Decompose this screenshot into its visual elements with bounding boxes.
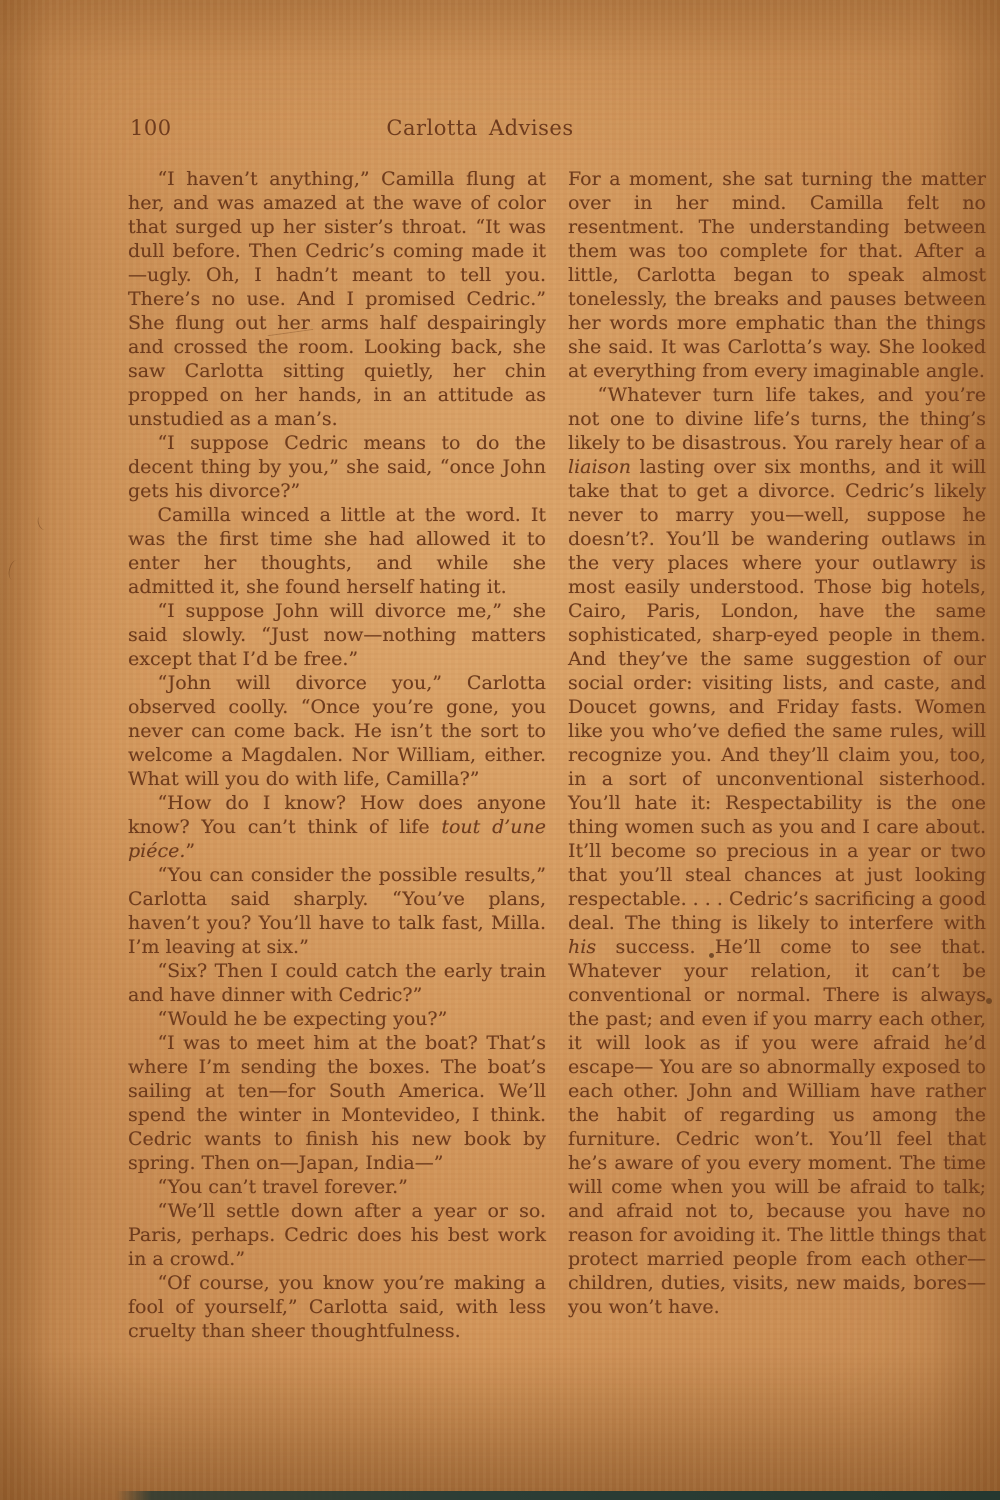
text-segment: “I was to meet him at the boat? That’s w… <box>128 1032 546 1174</box>
italic-phrase: liaison <box>568 456 631 478</box>
book-page-scan: 100 Carlotta Advises “I haven’t anything… <box>0 0 1000 1500</box>
scan-edge-band <box>116 1491 1000 1500</box>
text-segment: lasting over six months, and it will tak… <box>568 456 986 934</box>
ink-speck <box>986 998 992 1004</box>
paragraph: “I suppose John will divorce me,” she sa… <box>128 599 546 671</box>
column-left: “I haven’t anything,” Camilla flung at h… <box>128 167 546 1343</box>
text-segment: “John will divorce you,” Carlotta observ… <box>128 672 546 790</box>
text-segment: ” <box>185 840 195 862</box>
text-segment: “We’ll settle down after a year or so. P… <box>128 1200 546 1270</box>
running-title: Carlotta Advises <box>0 116 960 140</box>
text-segment: “You can’t travel forever.” <box>157 1176 407 1198</box>
text-segment: “Of course, you know you’re making a foo… <box>128 1272 546 1342</box>
paragraph: “Six? Then I could catch the early train… <box>128 959 546 1007</box>
paragraph: “I haven’t anything,” Camilla flung at h… <box>128 167 546 431</box>
text-segment: “Would he be expecting you?” <box>157 1008 447 1030</box>
paragraph: “How do I know? How does anyone know? Yo… <box>128 791 546 863</box>
ink-speck <box>709 953 714 958</box>
paragraph: “We’ll settle down after a year or so. P… <box>128 1199 546 1271</box>
page-header: 100 Carlotta Advises <box>0 116 1000 148</box>
paragraph: “I suppose Cedric means to do the decent… <box>128 431 546 503</box>
text-segment: Camilla winced a little at the word. It … <box>128 504 546 598</box>
text-segment: For a moment, she sat turning the matter… <box>568 168 986 382</box>
paragraph: For a moment, she sat turning the matter… <box>568 167 986 383</box>
paragraph: “Would he be expecting you?” <box>128 1007 546 1031</box>
paragraph: “You can consider the possible results,”… <box>128 863 546 959</box>
paragraph: Camilla winced a little at the word. It … <box>128 503 546 599</box>
text-segment: “Six? Then I could catch the early train… <box>128 960 546 1006</box>
italic-phrase: his <box>568 936 596 958</box>
paper-fiber-mark <box>36 515 49 531</box>
text-segment: “You can consider the possible results,”… <box>128 864 546 958</box>
column-right: For a moment, she sat turning the matter… <box>568 167 986 1343</box>
paragraph: “You can’t travel forever.” <box>128 1175 546 1199</box>
paragraph: “Whatever turn life takes, and you’re no… <box>568 383 986 1319</box>
text-segment: “Whatever turn life takes, and you’re no… <box>568 384 986 454</box>
text-segment: “I suppose Cedric means to do the decent… <box>128 432 546 502</box>
paragraph: “I was to meet him at the boat? That’s w… <box>128 1031 546 1175</box>
text-segment: “I haven’t anything,” Camilla flung at h… <box>128 168 546 430</box>
paragraph: “Of course, you know you’re making a foo… <box>128 1271 546 1343</box>
text-segment: “I suppose John will divorce me,” she sa… <box>128 600 546 670</box>
paper-fiber-mark <box>7 559 23 581</box>
text-columns: “I haven’t anything,” Camilla flung at h… <box>128 167 986 1343</box>
paragraph: “John will divorce you,” Carlotta observ… <box>128 671 546 791</box>
text-segment: success. He’ll come to see that. Whateve… <box>568 936 986 1318</box>
